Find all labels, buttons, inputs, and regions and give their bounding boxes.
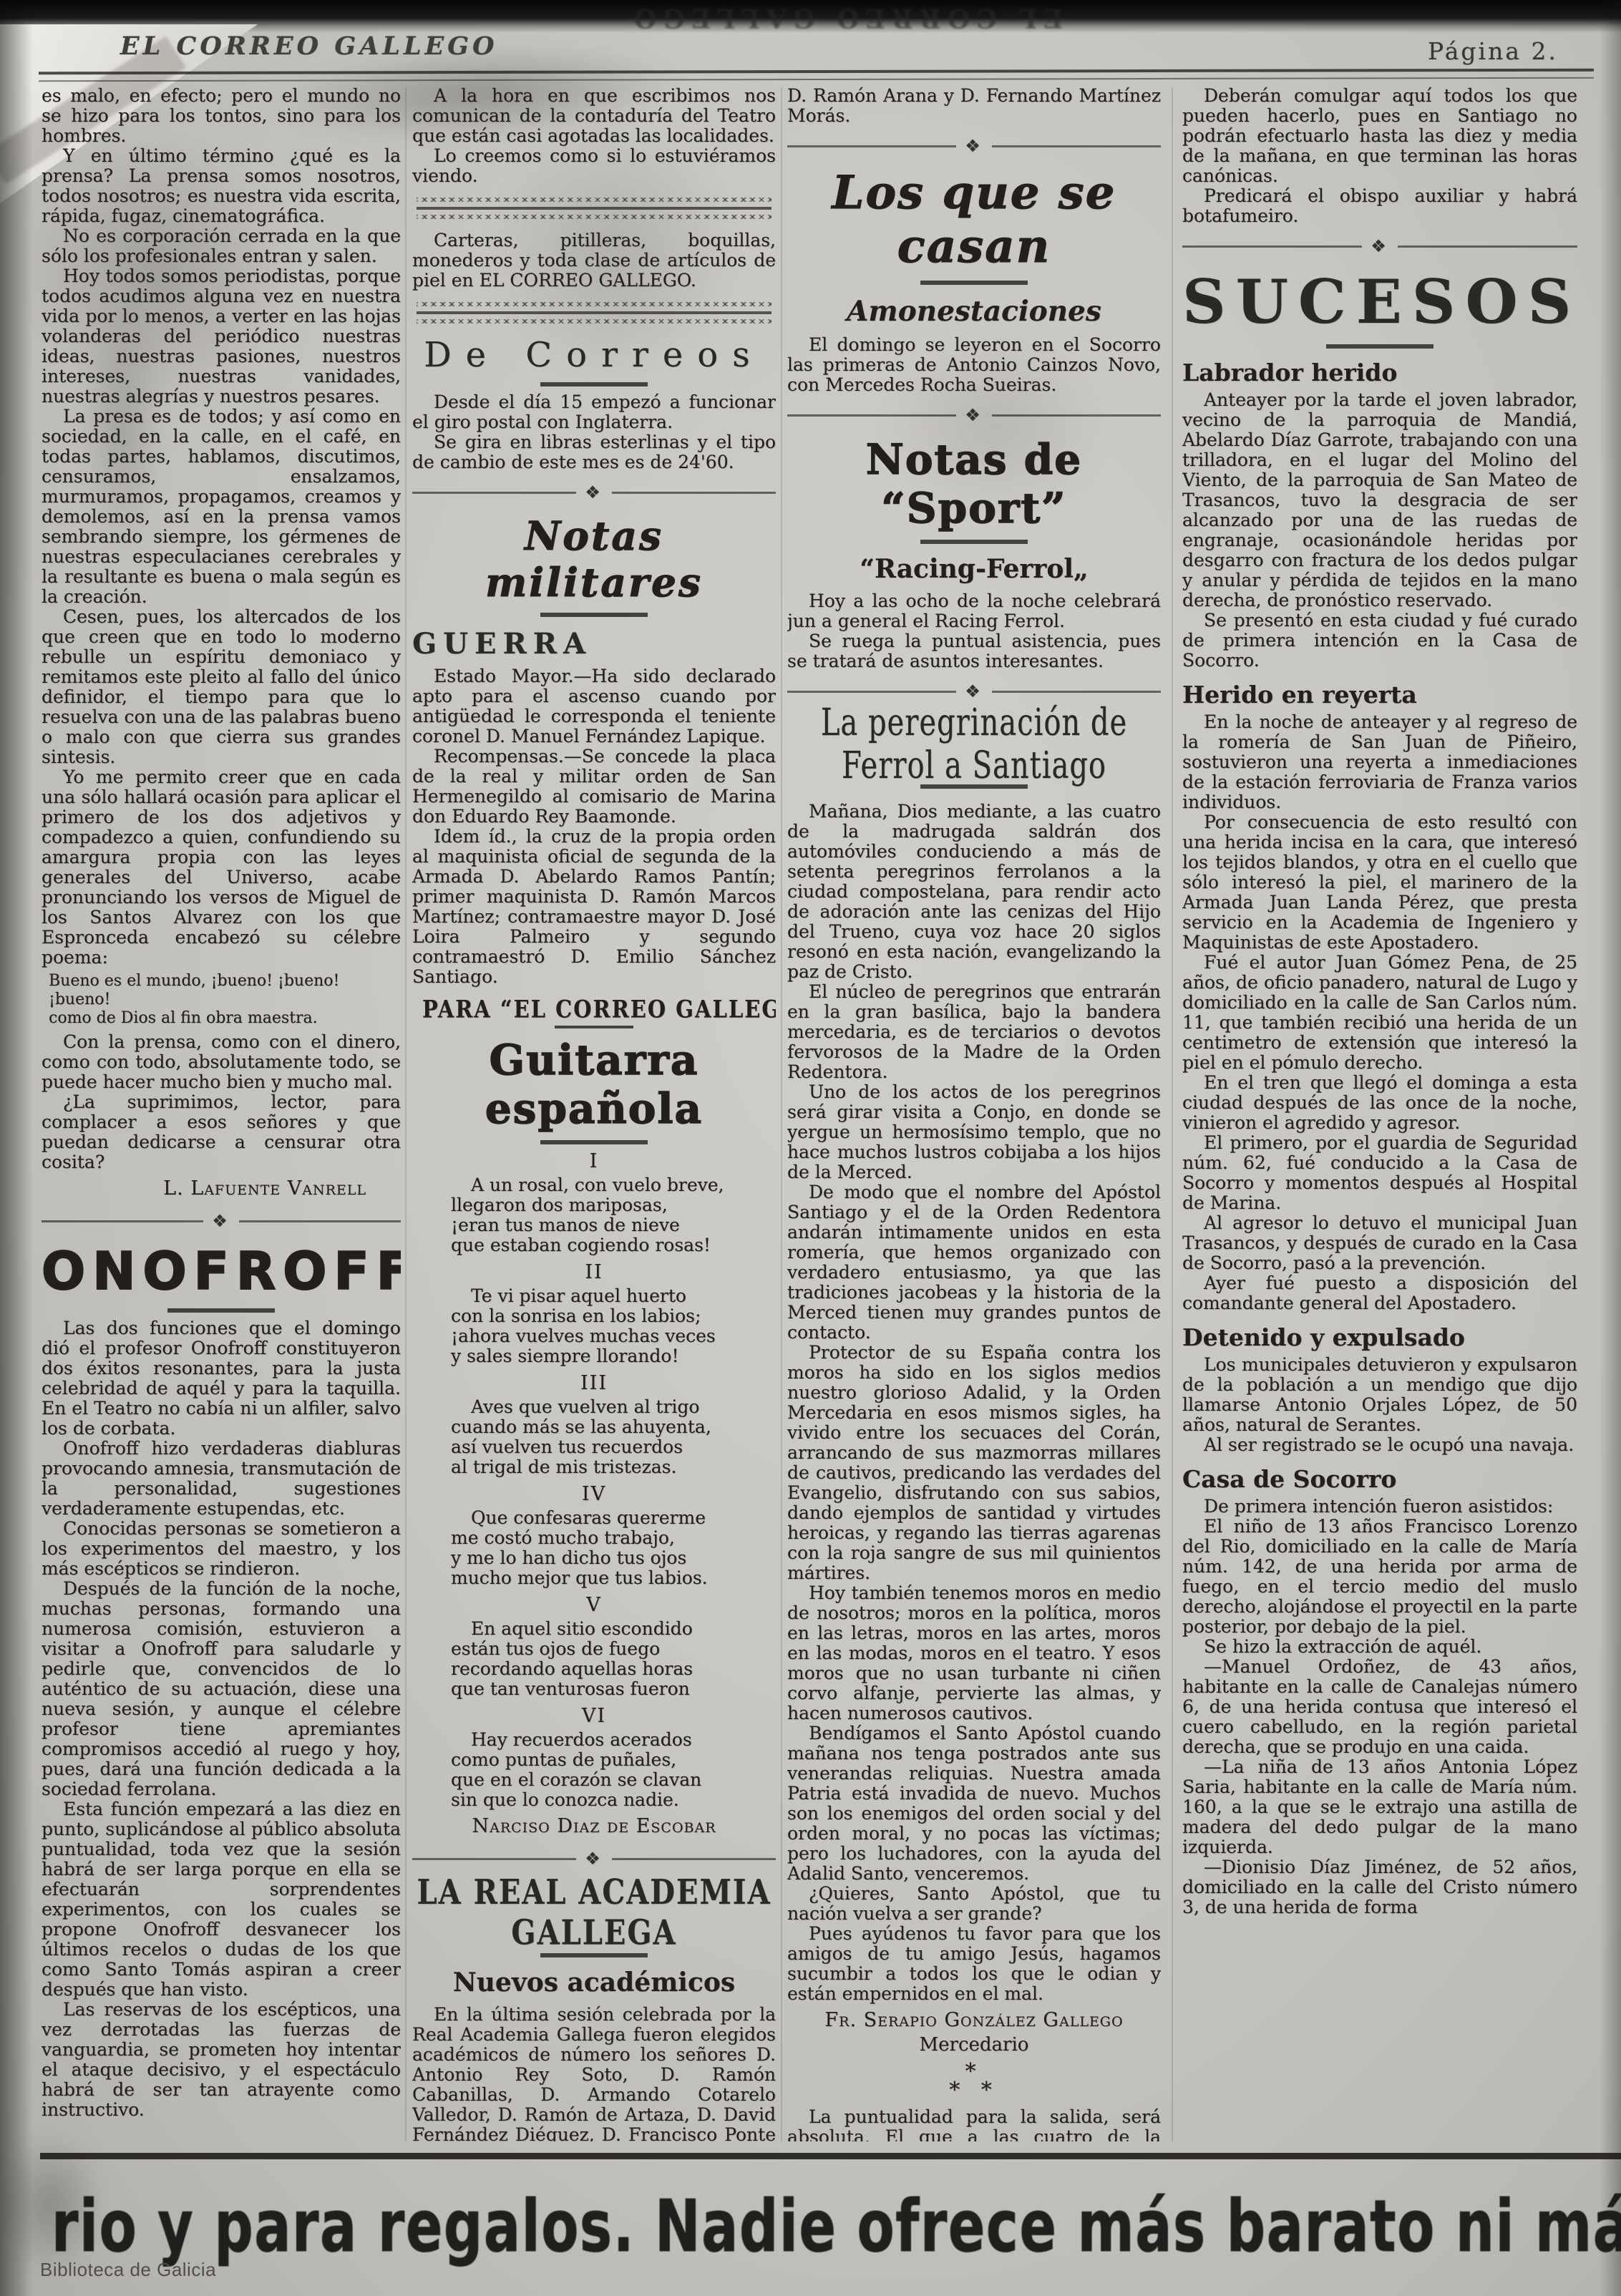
paragraph: —Dionisio Díaz Jiménez, de 52 años, domi… [1182, 1857, 1577, 1917]
stanza-numeral: V [412, 1594, 776, 1616]
paragraph: Se hizo la extracción de aquél. [1182, 1637, 1577, 1657]
paragraph: De primera intención fueron asistidos: [1182, 1497, 1577, 1517]
solid-line [417, 207, 771, 210]
asterism-divider: ** * [787, 2063, 1161, 2100]
paragraph: A la hora en que escribimos nos comunica… [412, 86, 776, 146]
advert-banner: rio y para regalos. Nadie ofrece más bar… [52, 2184, 1621, 2268]
paragraph: —Manuel Ordoñez, de 43 años, habitante e… [1182, 1657, 1577, 1757]
centered-subheadline: Amonestaciones [787, 295, 1161, 328]
paragraph: El niño de 13 años Francisco Lorenzo del… [1182, 1517, 1577, 1637]
header-rule [39, 69, 1594, 82]
wavy-line [417, 215, 771, 219]
headline-underline [540, 1140, 648, 1144]
paragraph: Hoy todos somos periodistas, porque todo… [42, 266, 401, 407]
wavy-line [417, 302, 771, 306]
headline-sucesos: SUCESOS [1182, 266, 1577, 349]
scan-right-shadow [1600, 0, 1621, 2296]
divider-line [1182, 245, 1362, 248]
paragraph: Fué el autor Juan Gómez Pena, de 25 años… [1182, 953, 1577, 1073]
headline-underline [167, 1308, 275, 1313]
paragraph: En el tren que llegó el dominga a esta c… [1182, 1073, 1577, 1133]
divider-line [787, 414, 956, 417]
column-2: A la hora en que escribimos nos comunica… [412, 86, 776, 2141]
headline-peregrin: La peregrinación de Ferrol a Santiago [787, 711, 1161, 789]
author-signature: Fr. Serapio González Gallego [787, 2008, 1161, 2033]
paragraph: Anteayer por la tarde el joven labrador,… [1182, 390, 1577, 611]
paragraph: Con la prensa, como con el dinero, como … [42, 1032, 401, 1092]
paragraph: Yo me permito creer que en cada una sólo… [42, 767, 401, 968]
poem-stanza: Hay recuerdos aceradoscomo puntas de puñ… [451, 1730, 776, 1810]
column-1: es malo, en efecto; pero el mundo no se … [42, 86, 401, 2141]
verse-line: al trigal de mis tristezas. [451, 1457, 776, 1477]
headline-academia: LA REAL ACADEMIA GALLEGA [412, 1879, 776, 1957]
paragraph: Hoy también tenemos moros en medio de no… [787, 1583, 1161, 1723]
paragraph: Deberán comulgar aquí todos los que pued… [1182, 86, 1577, 186]
divider-line [1398, 245, 1577, 248]
subheadline: Labrador herido [1182, 360, 1577, 386]
wavy-divider [417, 198, 771, 219]
paragraph: Al agresor lo detuvo el municipal Juan T… [1182, 1213, 1577, 1273]
paragraph: Se presentó en esta ciudad y fué curado … [1182, 611, 1577, 671]
headline-text: De Correos [424, 335, 764, 375]
headline-text: La peregrinación de Ferrol a Santiago [787, 701, 1161, 787]
headline-underline [555, 1026, 633, 1028]
headline-text: Notas militares [485, 512, 703, 605]
divider-line [42, 1220, 203, 1222]
paragraph: El núcleo de peregrinos que entrarán en … [787, 982, 1161, 1082]
wavy-line [417, 198, 771, 202]
asterism-bottom: * * [787, 2081, 1161, 2100]
verse-line: que estaban cogiendo rosas! [451, 1235, 776, 1255]
scan-left-shadow [0, 0, 33, 2296]
headline-sport: Notas de “Sport” [787, 435, 1161, 544]
column-4: Deberán comulgar aquí todos los que pued… [1182, 86, 1577, 2141]
paragraph: Idem íd., la cruz de la propia orden al … [412, 827, 776, 987]
divider-line [612, 492, 776, 494]
verse-line: A un rosal, con vuelo breve, [451, 1175, 776, 1195]
paragraph: Pues ayúdenos tu favor para que los amig… [787, 1924, 1161, 2004]
divider-line [787, 145, 956, 147]
paragraph: Desde el día 15 empezó a funcionar el gi… [412, 392, 776, 432]
ornament-divider: ❖ [1182, 236, 1577, 256]
verse-line: Aves que vuelven al trigo [451, 1397, 776, 1417]
ornament-icon: ❖ [585, 482, 603, 502]
wavy-line [417, 319, 771, 324]
paragraph: De modo que el nombre del Apóstol Santia… [787, 1182, 1161, 1343]
wavy-divider [417, 302, 771, 324]
paragraph: Y en último término ¿qué es la prensa? L… [42, 146, 401, 226]
verse-line: llegaron dos mariposas, [451, 1195, 776, 1215]
subheadline: Herido en reyerta [1182, 682, 1577, 708]
verse-line: recordando aquellas horas [451, 1659, 776, 1679]
author-signature: L. Lafuente Vanrell [42, 1177, 401, 1201]
column-rule [405, 87, 407, 2141]
headline-text: PARA “EL CORREO GALLEGO” [422, 995, 776, 1023]
paragraph: D. Ramón Arana y D. Fernando Martínez Mo… [787, 86, 1161, 126]
poem-stanza: Aves que vuelven al trigocuando más se l… [451, 1397, 776, 1477]
verse-line: con la sonrisa en los labios; [451, 1306, 776, 1326]
author-signature: Narciso Diaz de Escobar [412, 1814, 776, 1839]
ornament-icon: ❖ [585, 1849, 603, 1869]
paragraph: En la noche de anteayer y al regreso de … [1182, 712, 1577, 812]
verse-line: Te vi pisar aquel huerto [451, 1286, 776, 1306]
headline-underline [540, 613, 648, 617]
masthead: EL CORREO GALLEGO [120, 31, 498, 61]
ornament-divider: ❖ [412, 1849, 776, 1869]
headline-underline [540, 1953, 648, 1957]
headline-casan: Los que se casan [787, 166, 1161, 285]
paragraph: Protector de su España contra los moros … [787, 1343, 1161, 1583]
paragraph: ¿La suprimimos, lector, para complacer a… [42, 1092, 401, 1172]
paragraph: Uno de los actos de los peregrinos será … [787, 1082, 1161, 1182]
divider-line [992, 145, 1161, 147]
column-3: D. Ramón Arana y D. Fernando Martínez Mo… [787, 86, 1161, 2141]
headline-text: LA REAL ACADEMIA GALLEGA [412, 1872, 776, 1953]
paragraph: Los municipales detuvieron y expulsaron … [1182, 1355, 1577, 1435]
divider-line [412, 1858, 576, 1860]
page-number: Página 2. [1428, 37, 1558, 65]
paragraph: El domingo se leyeron en el Socorro las … [787, 335, 1161, 395]
paragraph: Predicará el obispo auxiliar y habrá bot… [1182, 186, 1577, 226]
divider-line [239, 1220, 401, 1222]
paragraph: Por consecuencia de esto resultó con una… [1182, 812, 1577, 953]
signature-subline: Mercedario [787, 2034, 1161, 2056]
paragraph: Las reservas de los escépticos, una vez … [42, 2000, 401, 2120]
paragraph: No es corporación cerrada en la que sólo… [42, 226, 401, 266]
divider-line [992, 691, 1161, 693]
paragraph: Después de la función de la noche, mucha… [42, 1579, 401, 1799]
verse-line: ¡eran tus manos de nieve [451, 1215, 776, 1235]
headline-para: PARA “EL CORREO GALLEGO” [412, 997, 776, 1028]
subheadline: Casa de Socorro [1182, 1466, 1577, 1492]
verse-line: como de Dios al fin obra maestra. [49, 1009, 401, 1028]
divider-line [992, 414, 1161, 417]
verse-line: mucho mejor que tus labios. [451, 1568, 776, 1588]
poem-stanza: En aquel sitio escondidoestán tus ojos d… [451, 1619, 776, 1699]
verse-line: cuando más se las ahuyenta, [451, 1417, 776, 1437]
paragraph: Carteras, pitilleras, boquillas, moneder… [412, 230, 776, 291]
headline-underline [1326, 344, 1433, 349]
column-rule [1172, 87, 1173, 2141]
paragraph: Recompensas.—Se concede la placa de la r… [412, 746, 776, 827]
verse-line: así vuelven tus recuerdos [451, 1437, 776, 1457]
paragraph: ¿Quieres, Santo Apóstol, que tu nación v… [787, 1884, 1161, 1924]
verse-line: están tus ojos de fuego [451, 1639, 776, 1659]
headline-underline [920, 281, 1028, 285]
poem-stanza: A un rosal, con vuelo breve,llegaron dos… [451, 1175, 776, 1255]
headline-underline [920, 540, 1028, 544]
paragraph: Cesen, pues, los altercados de los que c… [42, 607, 401, 767]
verse-line: y sales siempre llorando! [451, 1346, 776, 1366]
stanza-numeral: II [412, 1261, 776, 1283]
solid-line [417, 311, 771, 314]
banner-rule [40, 2153, 1621, 2159]
divider-line [612, 1858, 776, 1860]
verse-line: En aquel sitio escondido [451, 1619, 776, 1639]
verse-line: Hay recuerdos acerados [451, 1730, 776, 1750]
paragraph: Lo creemos como si lo estuviéramos viend… [412, 146, 776, 186]
paragraph: Esta función empezará a las diez en punt… [42, 1799, 401, 2000]
centered-subheadline: Nuevos académicos [412, 1967, 776, 1998]
divider-line [787, 691, 956, 693]
paragraph: El primero, por el guardia de Seguridad … [1182, 1133, 1577, 1213]
paragraph: Bendígamos el Santo Apóstol cuando mañan… [787, 1723, 1161, 1884]
ornament-icon: ❖ [965, 681, 983, 701]
ornament-icon: ❖ [212, 1211, 230, 1231]
verse-line: como puntas de puñales, [451, 1750, 776, 1770]
ornament-divider: ❖ [787, 681, 1161, 701]
stanza-numeral: VI [412, 1705, 776, 1727]
divider-line [412, 492, 576, 494]
headline-text: ONOFROFF [42, 1241, 401, 1301]
column-rule [781, 87, 782, 2141]
stanza-numeral: I [412, 1150, 776, 1172]
ornament-icon: ❖ [965, 405, 983, 425]
headline-text: Guitarra española [485, 1036, 703, 1133]
paragraph: En la última sesión celebrada por la Rea… [412, 2005, 776, 2141]
quoted-verse: Bueno es el mundo, ¡bueno! ¡bueno! ¡buen… [49, 972, 401, 1028]
paragraph: Estado Mayor.—Ha sido declarado apto par… [412, 666, 776, 746]
paragraph: Se gira en libras esterlinas y el tipo d… [412, 432, 776, 472]
paragraph: Conocidas personas se sometieron a los e… [42, 1519, 401, 1579]
section-subheadline: GUERRA [412, 627, 776, 661]
verse-line: me costó mucho trabajo, [451, 1528, 776, 1548]
paragraph: Ayer fué puesto a disposición del comand… [1182, 1273, 1577, 1313]
paragraph: es malo, en efecto; pero el mundo no se … [42, 86, 401, 146]
headline-underline [540, 382, 648, 386]
subheadline: Detenido y expulsado [1182, 1325, 1577, 1351]
headline-para-row: PARA “EL CORREO GALLEGO” [412, 997, 776, 1021]
poem-stanza: Te vi pisar aquel huertocon la sonrisa e… [451, 1286, 776, 1366]
ornament-divider: ❖ [787, 136, 1161, 156]
paragraph: Las dos funciones que el domingo dió el … [42, 1318, 401, 1439]
headline-guitarra: Guitarra española [412, 1036, 776, 1144]
paragraph: Hoy a las ocho de la noche celebrará jun… [787, 591, 1161, 631]
paragraph: Al ser registrado se le ocupó una navaja… [1182, 1435, 1577, 1455]
ornament-divider: ❖ [787, 405, 1161, 425]
headline-notasmil: Notas militares [412, 512, 776, 617]
ornament-icon: ❖ [1371, 236, 1389, 256]
headline-text: Los que se casan [832, 166, 1116, 273]
headline-decorreos: De Correos [412, 335, 776, 386]
paragraph: Onofroff hizo verdaderas diabluras provo… [42, 1439, 401, 1519]
ornament-divider: ❖ [412, 482, 776, 502]
poem-stanza: Que confesaras querermeme costó mucho tr… [451, 1508, 776, 1588]
stanza-numeral: IV [412, 1483, 776, 1505]
headline-text: Notas de “Sport” [866, 435, 1082, 532]
paragraph: Mañana, Dios mediante, a las cuatro de l… [787, 802, 1161, 982]
bleed-through-masthead: EL CORREO GALLEGO [598, 3, 1092, 33]
paragraph: La puntualidad para la salida, será abso… [787, 2107, 1161, 2141]
verse-line: que en el corazón se clavan [451, 1770, 776, 1790]
verse-line: Bueno es el mundo, ¡bueno! ¡bueno! ¡buen… [49, 972, 401, 1009]
verse-line: y me lo han dicho tus ojos [451, 1548, 776, 1568]
paragraph: La presa es de todos; y así como en soci… [42, 407, 401, 607]
verse-line: que tan venturosas fueron [451, 1679, 776, 1699]
ornament-divider: ❖ [42, 1211, 401, 1231]
ornament-icon: ❖ [965, 136, 983, 156]
newspaper-page-scan: EL CORREO GALLEGO EL CORREO GALLEGO Pági… [0, 0, 1621, 2296]
library-watermark: Biblioteca de Galicia [40, 2259, 216, 2281]
centered-subheadline: “Racing-Ferrol„ [787, 554, 1161, 584]
paragraph: —La niña de 13 años Antonia López Saria,… [1182, 1757, 1577, 1857]
headline-text: SUCESOS [1182, 266, 1577, 337]
verse-line: sin que lo conozca nadie. [451, 1790, 776, 1810]
paragraph: Se ruega la puntual asistencia, pues se … [787, 631, 1161, 671]
headline-onofroff: ONOFROFF [42, 1241, 401, 1313]
verse-line: ¡ahora vuelves muchas veces [451, 1326, 776, 1346]
verse-line: Que confesaras quererme [451, 1508, 776, 1528]
stanza-numeral: III [412, 1372, 776, 1394]
